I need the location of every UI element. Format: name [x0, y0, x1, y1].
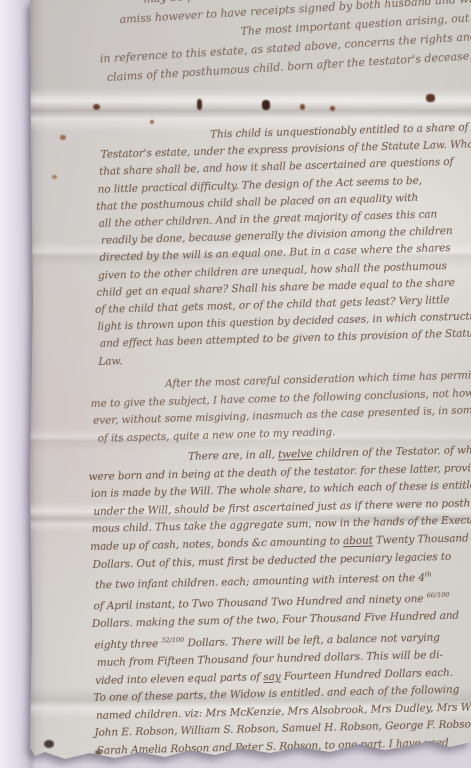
manuscript-section-share-of-estate: This child is unquestionably entitled to…: [90, 119, 471, 371]
document-page: may be paid to their respective husbands…: [30, 0, 471, 768]
fox-spot: [60, 135, 66, 140]
paper-left-edge-shadow: [30, 0, 46, 768]
manuscript-section-conclusions: After the most careful consideration whi…: [90, 367, 471, 448]
fox-spot: [300, 104, 305, 110]
paper-shadow-wrapper: may be paid to their respective husbands…: [0, 0, 471, 768]
fox-spot: [52, 175, 57, 179]
fold-tear: [197, 99, 202, 110]
fox-spot: [330, 106, 335, 111]
ink-stain: [44, 740, 54, 748]
manuscript-section-division: There are, in all, twelve children of th…: [88, 442, 471, 761]
fold-tear: [262, 100, 270, 110]
fox-spot: [150, 120, 154, 124]
scanned-document: may be paid to their respective husbands…: [0, 0, 471, 768]
fold-tear: [426, 94, 435, 102]
fox-spot: [93, 104, 100, 110]
